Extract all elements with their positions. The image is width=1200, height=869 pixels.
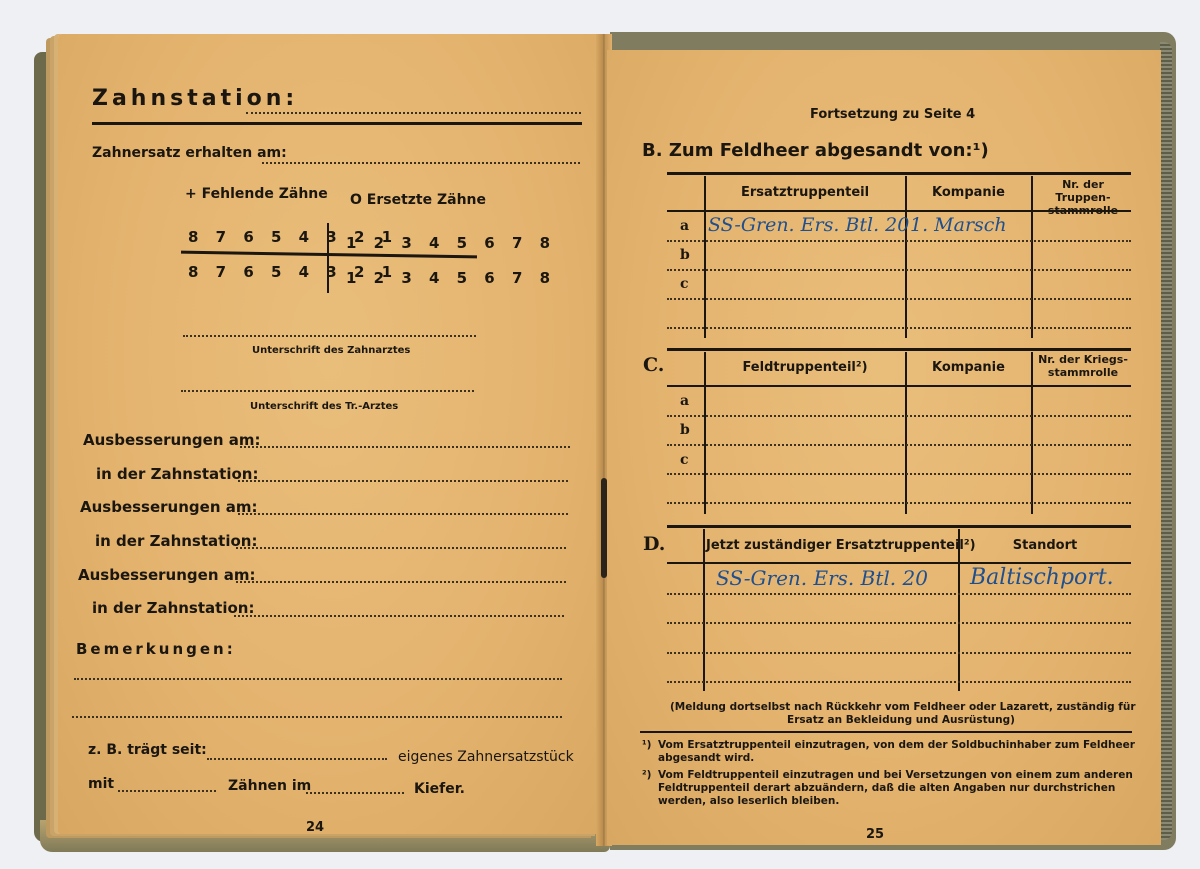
row-letter-a: a (680, 218, 689, 234)
handwritten-current-unit[interactable]: SS-Gren. Ers. Btl. 20 (716, 566, 928, 590)
table-top-rule (667, 525, 1131, 528)
column-header-company: Kompanie (906, 185, 1031, 200)
with-label: mit (88, 776, 114, 792)
footnote-2-line-1: Vom Feldtruppenteil einzutragen und bei … (658, 769, 1133, 782)
currently-wears-field[interactable] (207, 758, 387, 760)
repairs-date-label-2: Ausbesserungen am: (80, 498, 257, 516)
row-line[interactable] (667, 327, 1131, 329)
repairs-station-field-2[interactable] (236, 547, 566, 549)
tooth-chart-vertical-line (327, 223, 329, 293)
teeth-in-label: Zähnen im (228, 778, 311, 794)
column-divider (704, 352, 706, 514)
section-b-heading: B. Zum Feldheer abgesandt von:¹) (642, 140, 989, 161)
number-of-teeth-field[interactable] (118, 790, 216, 792)
continuation-note: Fortsetzung zu Seite 4 (810, 107, 975, 122)
column-divider (703, 529, 705, 691)
repairs-date-label-3: Ausbesserungen am: (78, 566, 255, 584)
row-line[interactable] (667, 240, 1131, 242)
row-line[interactable] (667, 473, 1131, 475)
repairs-date-label-1: Ausbesserungen am: (83, 431, 260, 449)
section-d-note-line-1: (Meldung dortselbst nach Rückkehr vom Fe… (670, 701, 1132, 714)
row-line[interactable] (667, 444, 1131, 446)
column-divider (905, 176, 907, 338)
dental-station-title: Zahnstation: (92, 86, 298, 111)
column-divider (704, 176, 706, 338)
column-header-roster-number: Nr. der Truppen-stammrolle (1033, 178, 1133, 217)
repairs-station-label-3: in der Zahnstation: (92, 599, 254, 617)
repairs-date-field-2[interactable] (238, 513, 568, 515)
section-d-letter: D. (643, 533, 665, 555)
column-divider (905, 352, 907, 514)
column-divider (958, 529, 960, 691)
row-letter-b: b (680, 247, 690, 263)
table-top-rule (667, 348, 1131, 351)
remarks-label: Bemerkungen: (76, 640, 236, 658)
row-line[interactable] (667, 593, 1131, 595)
table-header-rule (667, 562, 1131, 564)
repairs-station-label-1: in der Zahnstation: (96, 465, 258, 483)
denture-received-field[interactable] (262, 162, 580, 164)
legend-replaced-teeth: O Ersetzte Zähne (350, 192, 486, 208)
footnote-2-mark: ²) (642, 769, 651, 782)
currently-wears-label: z. B. trägt seit: (88, 742, 207, 758)
column-header-current-replacement-unit: Jetzt zuständiger Ersatztruppenteil²) (706, 538, 956, 553)
row-line[interactable] (667, 502, 1131, 504)
jaw-label: Kiefer. (414, 781, 465, 797)
footnote-1-line-2: abgesandt wird. (658, 752, 754, 765)
row-letter-a: a (680, 393, 689, 409)
footnote-2-line-3: werden, also leserlich bleiben. (658, 795, 839, 808)
jaw-field[interactable] (306, 792, 404, 794)
footnote-2-line-2: Feldtruppenteil derart abzuändern, daß d… (658, 782, 1115, 795)
repairs-station-label-2: in der Zahnstation: (95, 532, 257, 550)
dentist-signature-field[interactable] (183, 335, 476, 337)
footnote-rule (640, 731, 1132, 733)
tooth-chart-upper-right: 1 2 3 4 5 6 7 8 (346, 234, 556, 252)
row-line[interactable] (667, 298, 1131, 300)
page-number-25: 25 (866, 827, 884, 842)
row-line[interactable] (667, 652, 1131, 654)
footnote-1-mark: ¹) (642, 739, 651, 752)
own-denture-label: eigenes Zahnersatzstück (398, 749, 574, 765)
repairs-date-field-1[interactable] (240, 446, 570, 448)
column-header-location: Standort (960, 538, 1130, 553)
repairs-station-field-1[interactable] (238, 480, 568, 482)
dentist-signature-label: Unterschrift des Zahnarztes (252, 345, 410, 356)
row-letter-c: c (680, 452, 689, 468)
row-line[interactable] (667, 681, 1131, 683)
column-header-field-unit: Feldtruppenteil²) (706, 360, 904, 375)
handwritten-company-b-a[interactable]: 1. Marsch (910, 214, 1007, 236)
row-line[interactable] (667, 622, 1131, 624)
row-line[interactable] (667, 269, 1131, 271)
dental-station-field[interactable] (246, 112, 581, 114)
page-number-24: 24 (306, 820, 324, 835)
remarks-field-line-2[interactable] (72, 716, 562, 718)
column-header-company: Kompanie (906, 360, 1031, 375)
handwritten-unit-b-a[interactable]: SS-Gren. Ers. Btl. 20 (708, 214, 909, 236)
row-line[interactable] (667, 415, 1131, 417)
denture-received-label: Zahnersatz erhalten am: (92, 145, 287, 161)
tooth-chart-lower-right: 1 2 3 4 5 6 7 8 (346, 269, 556, 287)
legend-missing-teeth: + Fehlende Zähne (185, 186, 328, 202)
remarks-field-line-1[interactable] (74, 678, 562, 680)
medical-officer-signature-label: Unterschrift des Tr.-Arztes (250, 401, 398, 412)
footnote-1-line-1: Vom Ersatztruppenteil einzutragen, von d… (658, 739, 1135, 752)
row-letter-b: b (680, 422, 690, 438)
table-header-rule (667, 385, 1131, 387)
column-header-war-roster-number: Nr. der Kriegs-stammrolle (1033, 353, 1133, 379)
repairs-station-field-3[interactable] (234, 615, 564, 617)
row-letter-c: c (680, 276, 689, 292)
title-underline (92, 122, 582, 125)
section-c-letter: C. (643, 354, 664, 376)
handwritten-location[interactable]: Baltischport. (970, 565, 1114, 590)
table-top-rule (667, 172, 1131, 175)
repairs-date-field-3[interactable] (236, 581, 566, 583)
column-header-replacement-unit: Ersatztruppenteil (706, 185, 904, 200)
section-d-note-line-2: Ersatz an Bekleidung und Ausrüstung) (670, 714, 1132, 727)
medical-officer-signature-field[interactable] (181, 390, 474, 392)
